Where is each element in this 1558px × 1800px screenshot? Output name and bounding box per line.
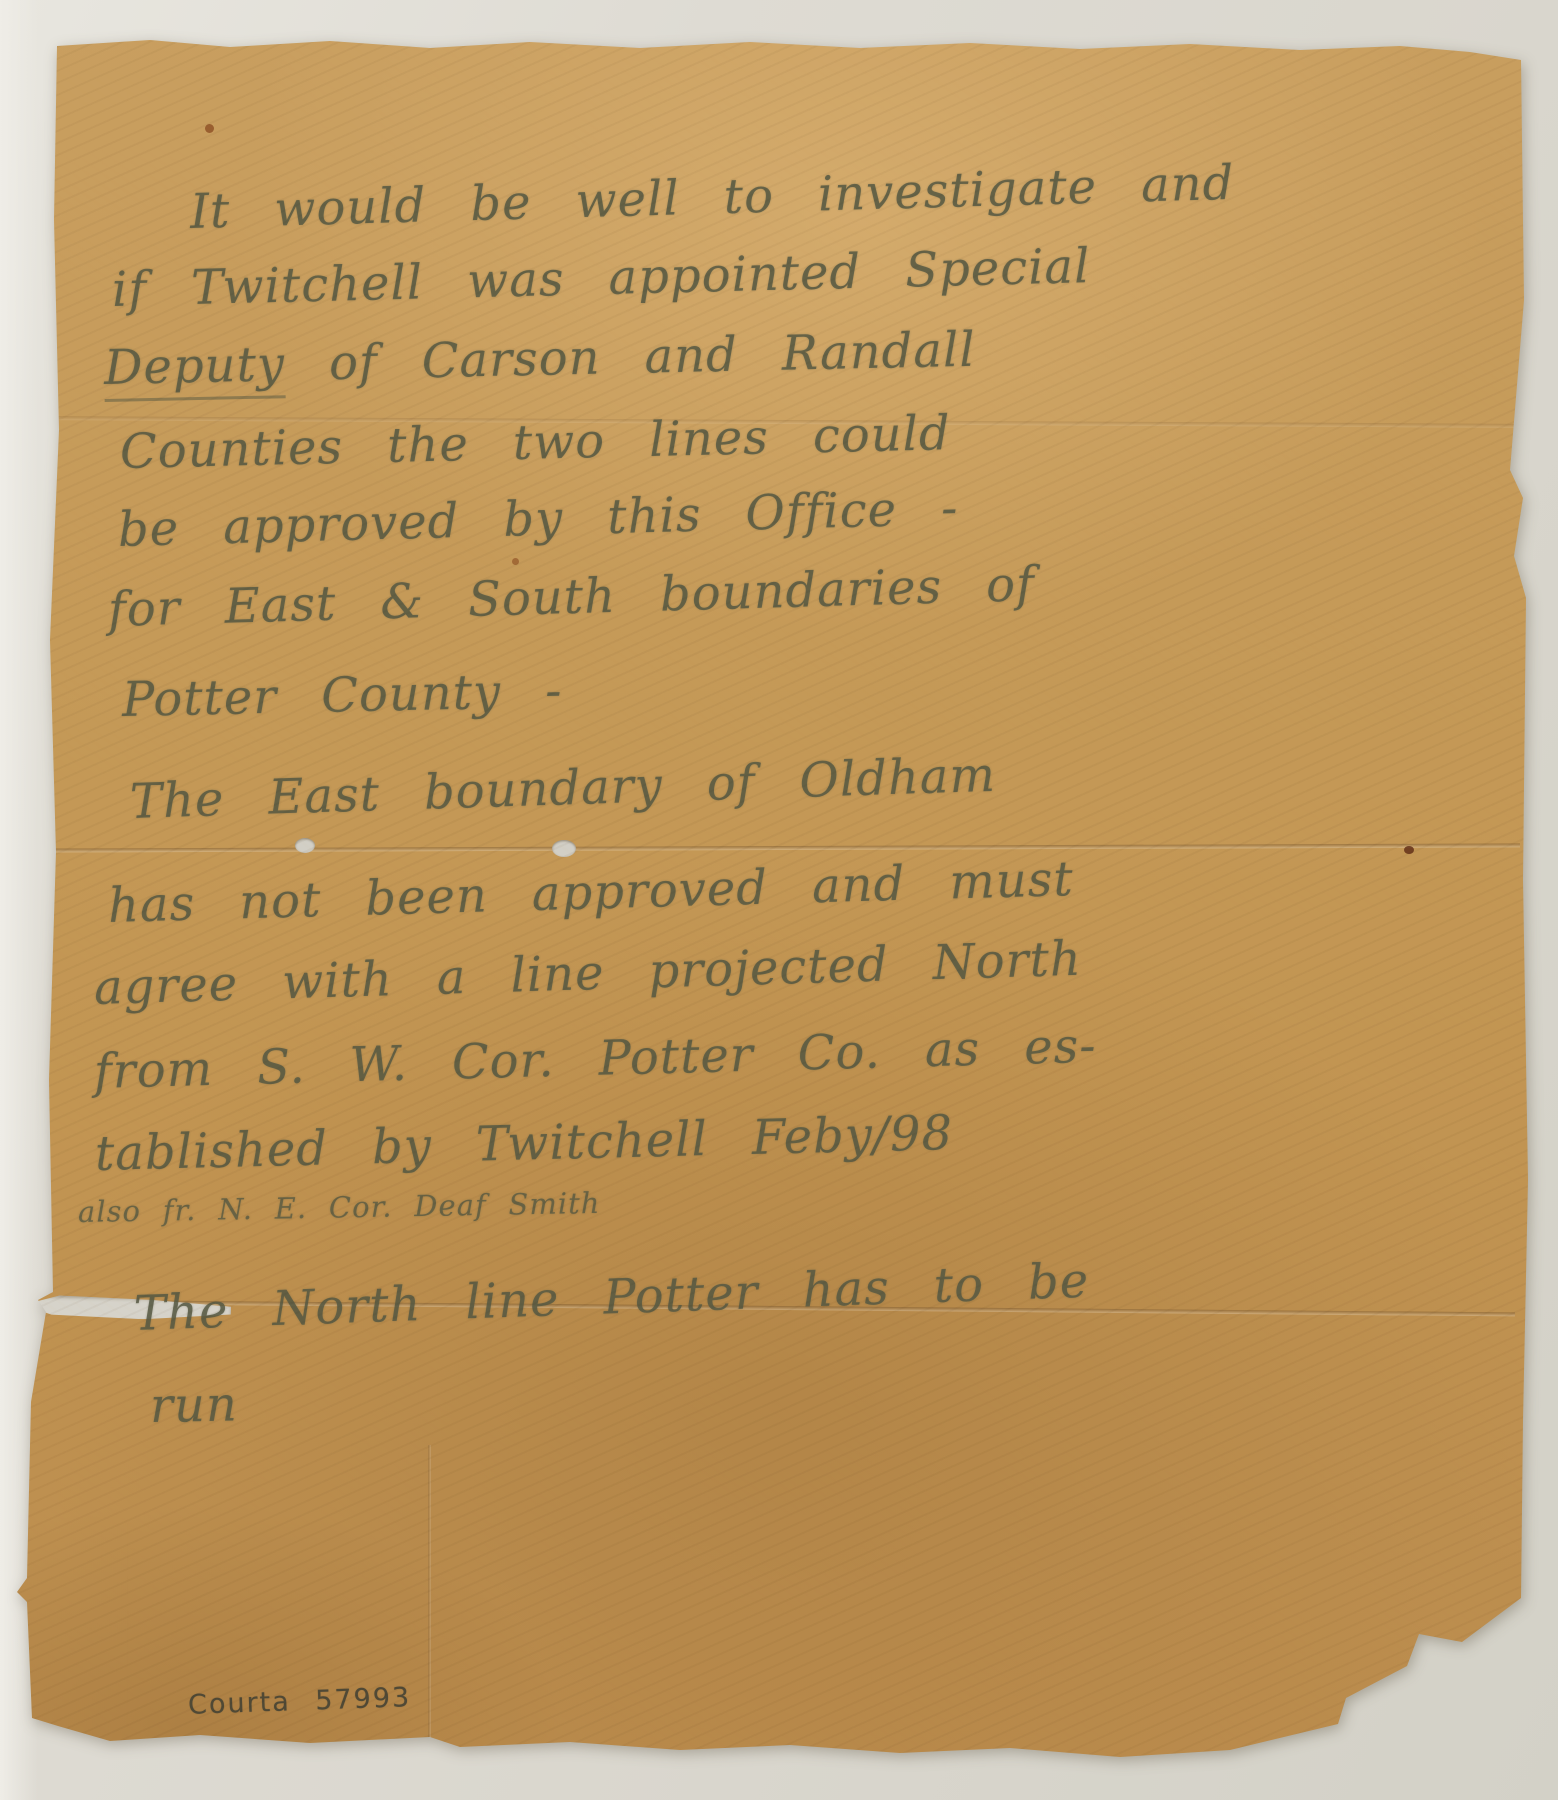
handwritten-line: The North line Potter has to be bbox=[133, 1257, 1090, 1338]
interline-note: also fr. N. E. Cor. Deaf Smith bbox=[78, 1189, 601, 1227]
handwritten-line: from S. W. Cor. Potter Co. as es- bbox=[93, 1022, 1097, 1096]
handwritten-line: run bbox=[150, 1380, 239, 1430]
handwritten-line: if Twitchell was appointed Special bbox=[111, 242, 1091, 314]
tear-line-lower bbox=[45, 1300, 1515, 1317]
handwritten-line: Potter County - bbox=[121, 667, 562, 724]
archive-number: Courta 57993 bbox=[188, 1682, 412, 1721]
torn-gap bbox=[36, 1295, 231, 1321]
handwritten-line: Counties the two lines could bbox=[119, 409, 951, 476]
handwritten-line: has not been approved and must bbox=[107, 855, 1074, 930]
paper-hole bbox=[552, 840, 576, 857]
line-rest: of Carson and Randall bbox=[284, 322, 976, 392]
paper-sheet: It would be well to investigate and if T… bbox=[0, 0, 1558, 1800]
handwritten-line: Deputy of Carson and Randall bbox=[103, 326, 976, 392]
handwritten-line: It would be well to investigate and bbox=[189, 159, 1235, 236]
handwritten-line: agree with a line projected North bbox=[93, 935, 1082, 1012]
vertical-crease bbox=[428, 1445, 431, 1745]
handwritten-line: for East & South boundaries of bbox=[107, 560, 1035, 634]
stain-speck bbox=[205, 124, 214, 133]
stain-speck bbox=[1404, 846, 1414, 854]
tear-line-middle bbox=[50, 843, 1520, 852]
handwritten-line: tablished by Twitchell Feby/98 bbox=[94, 1109, 953, 1178]
paper-sheet-wrap: It would be well to investigate and if T… bbox=[0, 0, 1558, 1800]
scanned-document-page: It would be well to investigate and if T… bbox=[0, 0, 1558, 1800]
fold-crease-top bbox=[55, 416, 1515, 428]
underlined-word: Deputy bbox=[103, 336, 285, 402]
handwritten-line: be approved by this Office - bbox=[117, 484, 959, 554]
paper-hole bbox=[295, 838, 315, 853]
handwritten-line: The East boundary of Oldham bbox=[129, 751, 996, 826]
stain-speck bbox=[512, 558, 519, 565]
